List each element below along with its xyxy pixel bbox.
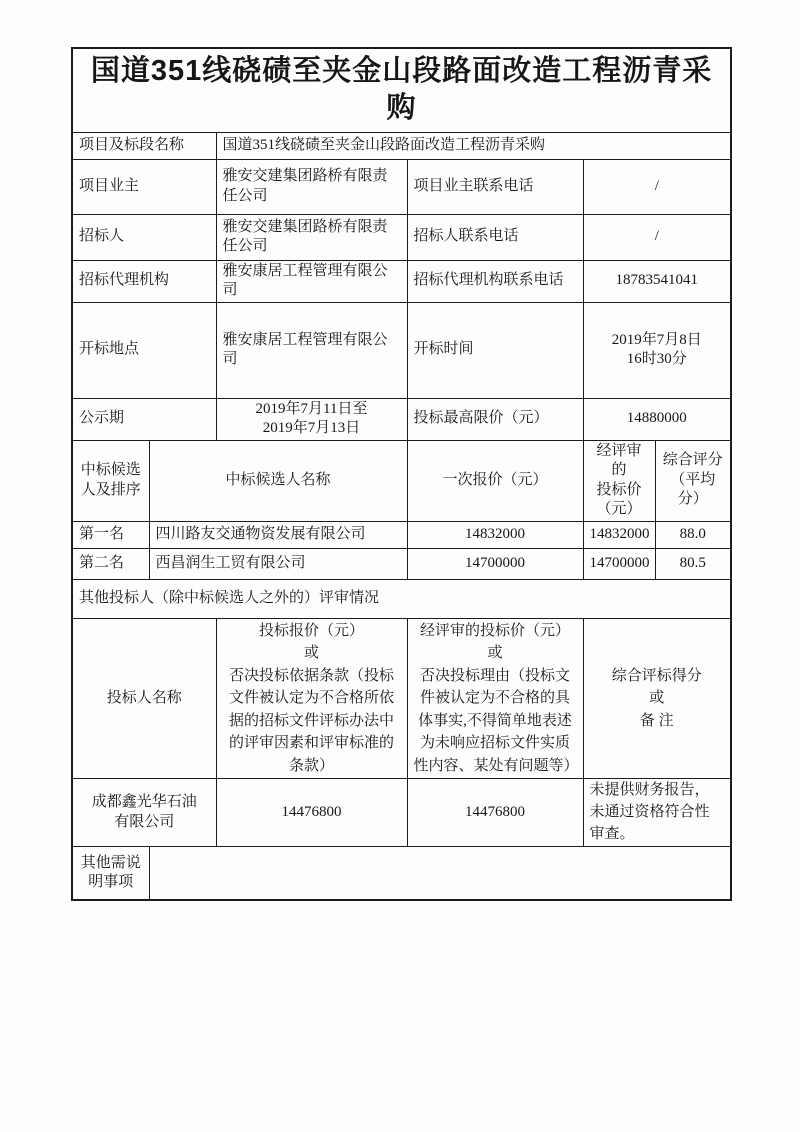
candidate-row: 第一名 四川路友交通物资发展有限公司 14832000 14832000 88.… [72,521,731,548]
candidates-evaluated-header: 经评审的 投标价 （元） [583,440,655,521]
other-bidder-score-header: 综合评标得分 或 备 注 [583,618,731,779]
other-bidder-row: 成都鑫光华石油 有限公司 14476800 14476800 未提供财务报告，未… [72,779,731,847]
opening-place-value: 雅安康居工程管理有限公司 [216,302,407,398]
other-bidder-1-remark: 未提供财务报告，未通过资格符合性审查。 [583,779,731,847]
publicity-period-value: 2019年7月11日至 2019年7月13日 [216,398,407,440]
other-bidders-section-title: 其他投标人（除中标候选人之外的）评审情况 [72,579,731,618]
other-bidder-name-header: 投标人名称 [72,618,216,779]
other-bidder-evaluated-header: 经评审的投标价（元） 或 否决投标理由（投标文件被认定为不合格的具体事实,不得简… [407,618,583,779]
tenderee-phone-label: 招标人联系电话 [407,214,583,260]
candidate-2-name: 西昌润生工贸有限公司 [149,548,407,579]
other-bidder-1-price: 14476800 [216,779,407,847]
candidate-2-score: 80.5 [655,548,731,579]
candidates-name-header: 中标候选人名称 [149,440,407,521]
owner-label: 项目业主 [72,159,216,214]
tenderee-phone-value: / [583,214,731,260]
owner-phone-label: 项目业主联系电话 [407,159,583,214]
agency-phone-value: 18783541041 [583,260,731,302]
other-bidder-1-evaluated: 14476800 [407,779,583,847]
agency-phone-label: 招标代理机构联系电话 [407,260,583,302]
candidate-1-score: 88.0 [655,521,731,548]
project-name-label: 项目及标段名称 [72,132,216,159]
owner-value: 雅安交建集团路桥有限责任公司 [216,159,407,214]
document-title: 国道351线硗碛至夹金山段路面改造工程沥青采购 [72,48,731,132]
max-price-label: 投标最高限价（元） [407,398,583,440]
candidate-1-evaluated: 14832000 [583,521,655,548]
candidate-row: 第二名 西昌润生工贸有限公司 14700000 14700000 80.5 [72,548,731,579]
opening-time-label: 开标时间 [407,302,583,398]
notes-value [149,847,731,900]
agency-label: 招标代理机构 [72,260,216,302]
max-price-value: 14880000 [583,398,731,440]
candidate-1-rank: 第一名 [72,521,149,548]
candidate-1-first-offer: 14832000 [407,521,583,548]
candidates-first-offer-header: 一次报价（元） [407,440,583,521]
other-bidder-1-name: 成都鑫光华石油 有限公司 [72,779,216,847]
opening-place-label: 开标地点 [72,302,216,398]
owner-phone-value: / [583,159,731,214]
candidate-2-evaluated: 14700000 [583,548,655,579]
tenderee-value: 雅安交建集团路桥有限责任公司 [216,214,407,260]
publicity-period-label: 公示期 [72,398,216,440]
other-bidder-price-header: 投标报价（元） 或 否决投标依据条款（投标文件被认定为不合格所依据的招标文件评标… [216,618,407,779]
candidate-1-name: 四川路友交通物资发展有限公司 [149,521,407,548]
tenderee-label: 招标人 [72,214,216,260]
candidates-score-header: 综合评分 （平均 分） [655,440,731,521]
opening-time-value: 2019年7月8日 16时30分 [583,302,731,398]
project-name-value: 国道351线硗碛至夹金山段路面改造工程沥青采购 [216,132,731,159]
candidate-2-first-offer: 14700000 [407,548,583,579]
agency-value: 雅安康居工程管理有限公司 [216,260,407,302]
tender-result-table: 国道351线硗碛至夹金山段路面改造工程沥青采购 项目及标段名称 国道351线硗碛… [71,47,732,901]
candidates-rank-header: 中标候选 人及排序 [72,440,149,521]
notes-label: 其他需说 明事项 [72,847,149,900]
candidate-2-rank: 第二名 [72,548,149,579]
scanned-document-page: 国道351线硗碛至夹金山段路面改造工程沥青采购 项目及标段名称 国道351线硗碛… [0,0,800,1132]
